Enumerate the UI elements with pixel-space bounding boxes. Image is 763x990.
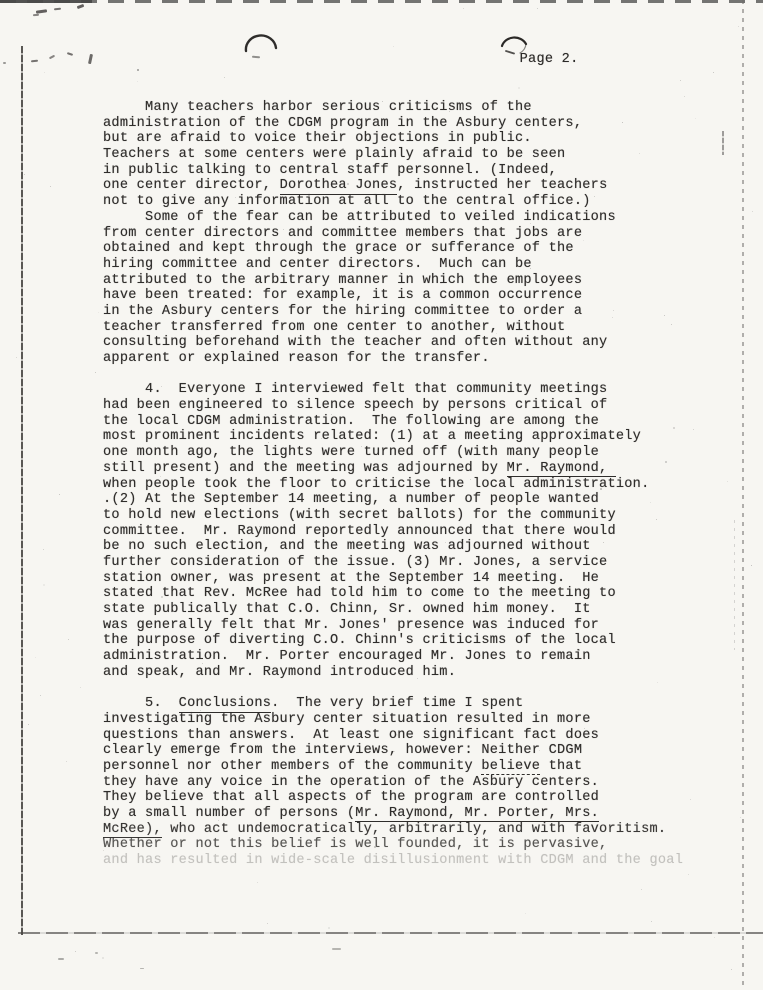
text-segment: one center director, [103,178,280,193]
smudge-mark [49,55,55,60]
scan-edge-left [21,46,23,935]
noise-speck [257,882,258,883]
scan-edge-right [742,0,744,990]
noise-speck [328,927,330,929]
noise-speck [738,26,739,27]
text-segment: that [540,759,582,774]
text-line: not to give any information at all to th… [103,194,703,210]
text-segment: They believe that all aspects of the pro… [103,790,599,805]
paragraph-4: 4. Everyone I interviewed felt that comm… [103,382,703,680]
noise-speck [68,639,69,640]
noise-speck [35,657,36,658]
text-line: one center director, Dorothea Jones, ins… [103,178,703,194]
text-segment: station owner, was present at the Septem… [103,571,599,586]
noise-speck [40,695,41,696]
text-line: further consideration of the issue. (3) … [103,555,703,571]
text-line: consulting beforehand with the teacher a… [103,335,703,351]
text-segment: to hold new elections (with secret ballo… [103,508,616,523]
text-line: have been treated: for example, it is a … [103,288,703,304]
text-segment: when people took the floor to criticise … [103,477,650,492]
text-segment: the purpose of diverting C.O. Chinn's cr… [103,633,616,648]
text-line: from center directors and committee memb… [103,226,703,242]
smudge-mark [3,62,6,64]
smudge-mark [88,54,93,64]
text-line: had been engineered to silence speech by… [103,398,703,414]
scan-edge-right-faint [734,520,735,650]
text-segment: obtained and kept through the grace or s… [103,241,574,256]
text-block: Many teachers harbor serious criticisms … [103,100,703,869]
page-number-arc-mark [496,24,532,60]
noise-speck [95,372,96,373]
noise-speck [28,724,29,725]
text-line: the local CDGM administration. The follo… [103,414,703,430]
noise-speck [714,937,715,938]
smudge-mark [137,69,139,71]
smudge-mark [31,60,38,63]
underlined-text-segment: Dorothea Jones [280,178,398,195]
text-line: teacher transferred from one center to a… [103,320,703,336]
noise-speck [641,889,642,890]
text-line: Many teachers harbor serious criticisms … [103,100,703,116]
smudge-mark [95,952,98,954]
text-line: when people took the floor to criticise … [103,477,703,493]
text-line: Whether or not this belief is well found… [103,837,703,853]
margin-tick-mark [722,131,724,155]
text-segment: administration of the CDGM program in th… [103,116,582,131]
text-line: administration. Mr. Porter encouraged Mr… [103,649,703,665]
paragraph-2: Some of the fear can be attributed to ve… [103,210,703,367]
text-line: and speak, and Mr. Raymond introduced hi… [103,665,703,681]
noise-speck [518,87,520,89]
noise-speck [44,72,45,73]
text-line: they have any voice in the operation of … [103,775,703,791]
text-line: stated that Rev. McRee had told him to c… [103,586,703,602]
text-line: by a small number of persons (Mr. Raymon… [103,806,703,822]
text-line: was generally felt that Mr. Jones' prese… [103,618,703,634]
text-line: the purpose of diverting C.O. Chinn's cr… [103,633,703,649]
noise-speck [59,494,60,495]
text-line: in public talking to central staff perso… [103,163,703,179]
noise-speck [75,951,76,952]
text-line: still present) and the meeting was adjou… [103,461,703,477]
text-segment: Whether or not this belief is well found… [103,837,607,852]
text-segment: teacher transferred from one center to a… [103,320,565,335]
noise-speck [731,969,732,970]
paragraph-1: Many teachers harbor serious criticisms … [103,100,703,210]
text-line: Some of the fear can be attributed to ve… [103,210,703,226]
text-segment: was generally felt that Mr. Jones' prese… [103,618,599,633]
smudge-mark [77,4,85,9]
text-segment: and has resulted in wide-scale disillusi… [103,853,683,868]
text-line: personnel nor other members of the commu… [103,759,703,775]
text-line: hiring committee and center directors. M… [103,257,703,273]
noise-speck [267,923,268,924]
text-line: They believe that all aspects of the pro… [103,790,703,806]
text-segment: the local CDGM administration. The follo… [103,414,599,429]
text-line: one month ago, the lights were turned of… [103,445,703,461]
text-segment: from center directors and committee memb… [103,226,582,241]
underlined-text-segment: believe [481,759,540,776]
noise-speck [393,46,394,47]
text-line: station owner, was present at the Septem… [103,571,703,587]
noise-speck [684,96,685,97]
text-segment: have been treated: for example, it is a … [103,288,582,303]
text-segment: consulting beforehand with the teacher a… [103,335,607,350]
underlined-text-segment: Conclusions [179,696,271,713]
noise-speck [24,174,25,175]
text-segment: apparent or explained reason for the tra… [103,351,490,366]
text-line: state publically that C.O. Chinn, Sr. ow… [103,602,703,618]
text-segment: Many teachers harbor serious criticisms … [103,100,532,115]
noise-speck [537,8,538,9]
text-segment: still present) and the meeting was adjou… [103,461,507,476]
text-line: administration of the CDGM program in th… [103,116,703,132]
text-segment: one month ago, the lights were turned of… [103,445,599,460]
noise-speck [102,957,104,959]
text-segment: had been engineered to silence speech by… [103,398,607,413]
text-line: 4. Everyone I interviewed felt that comm… [103,382,703,398]
text-segment: but are afraid to voice their objections… [103,131,532,146]
noise-speck [713,72,714,73]
text-segment: who act undemocratically, arbitrarily, a… [162,822,666,837]
text-line: but are afraid to voice their objections… [103,131,703,147]
text-line: apparent or explained reason for the tra… [103,351,703,367]
noise-speck [751,565,752,566]
underlined-text-segment: Mr. Raymond, [507,461,616,478]
noise-speck [752,211,753,212]
noise-speck [43,584,45,586]
scanned-document-page: Page 2. Many teachers harbor serious cri… [0,0,763,990]
text-segment: in the Asbury centers for the hiring com… [103,304,582,319]
noise-speck [727,481,728,482]
noise-speck [98,312,99,313]
text-segment: hiring committee and center directors. M… [103,257,532,272]
noise-speck [680,80,681,81]
noise-speck [50,186,51,187]
text-segment: further consideration of the issue. (3) … [103,555,607,570]
noise-speck [43,549,44,550]
noise-speck [525,913,526,914]
text-line: 5. Conclusions. The very brief time I sp… [103,696,703,712]
text-segment: questions than answers. At least one sig… [103,728,599,743]
text-segment: be no such election, and the meeting was… [103,539,591,554]
text-line: be no such election, and the meeting was… [103,539,703,555]
text-line: obtained and kept through the grace or s… [103,241,703,257]
text-segment: most prominent incidents related: (1) at… [103,429,641,444]
text-segment: clearly emerge from the interviews, howe… [103,743,582,758]
smudge-mark [58,958,64,960]
text-line: .(2) At the September 14 meeting, a numb… [103,492,703,508]
underlined-text-segment: Mr. Raymond, Mr. Porter, Mrs. [355,806,599,823]
text-line: investigating the Asbury center situatio… [103,712,703,728]
noise-speck [651,921,652,922]
text-segment: personnel nor other members of the commu… [103,759,481,774]
text-segment: 4. Everyone I interviewed felt that comm… [103,382,607,397]
text-line: Teachers at some centers were plainly af… [103,147,703,163]
text-segment: stated that Rev. McRee had told him to c… [103,586,616,601]
text-line: most prominent incidents related: (1) at… [103,429,703,445]
text-segment: by a small number of persons ( [103,806,355,821]
text-segment: Some of the fear can be attributed to ve… [103,210,616,225]
smudge-mark [140,968,144,969]
noise-speck [80,687,81,688]
text-segment: they have any voice in the operation of … [103,775,599,790]
pen-arc-mark [242,27,282,57]
noise-speck [16,357,17,358]
smudge-mark [33,14,39,16]
text-line: to hold new elections (with secret ballo… [103,508,703,524]
text-line: attributed to the arbitrary manner in wh… [103,273,703,289]
text-segment: in public talking to central staff perso… [103,163,557,178]
text-line: questions than answers. At least one sig… [103,728,703,744]
text-segment: 5. [103,696,179,711]
scan-edge-top [0,0,763,3]
smudge-mark [54,8,61,11]
text-segment: . The very brief time I spent [271,696,523,711]
noise-speck [688,874,689,875]
text-line: clearly emerge from the interviews, howe… [103,743,703,759]
text-line: committee. Mr. Raymond reportedly announ… [103,524,703,540]
smudge-mark [332,948,341,950]
text-line: in the Asbury centers for the hiring com… [103,304,703,320]
text-segment: .(2) At the September 14 meeting, a numb… [103,492,599,507]
text-segment: committee. Mr. Raymond reportedly announ… [103,524,616,539]
paragraph-5: 5. Conclusions. The very brief time I sp… [103,696,703,869]
text-segment: investigating the Asbury center situatio… [103,712,591,727]
text-segment: not to give any information at all to th… [103,194,591,209]
text-segment: , instructed her teachers [397,178,607,193]
scan-edge-bottom [18,932,763,934]
noise-speck [224,77,225,78]
text-segment: and speak, and Mr. Raymond introduced hi… [103,665,456,680]
text-segment: administration. Mr. Porter encouraged Mr… [103,649,591,664]
noise-speck [66,761,67,762]
text-line: and has resulted in wide-scale disillusi… [103,853,703,869]
noise-speck [463,8,464,9]
text-line: McRee), who act undemocratically, arbitr… [103,822,703,838]
noise-speck [137,81,138,82]
smudge-mark [67,52,73,56]
text-segment: Teachers at some centers were plainly af… [103,147,565,162]
text-segment: state publically that C.O. Chinn, Sr. ow… [103,602,591,617]
text-segment: attributed to the arbitrary manner in wh… [103,273,582,288]
underlined-text-segment: McRee), [103,822,162,839]
